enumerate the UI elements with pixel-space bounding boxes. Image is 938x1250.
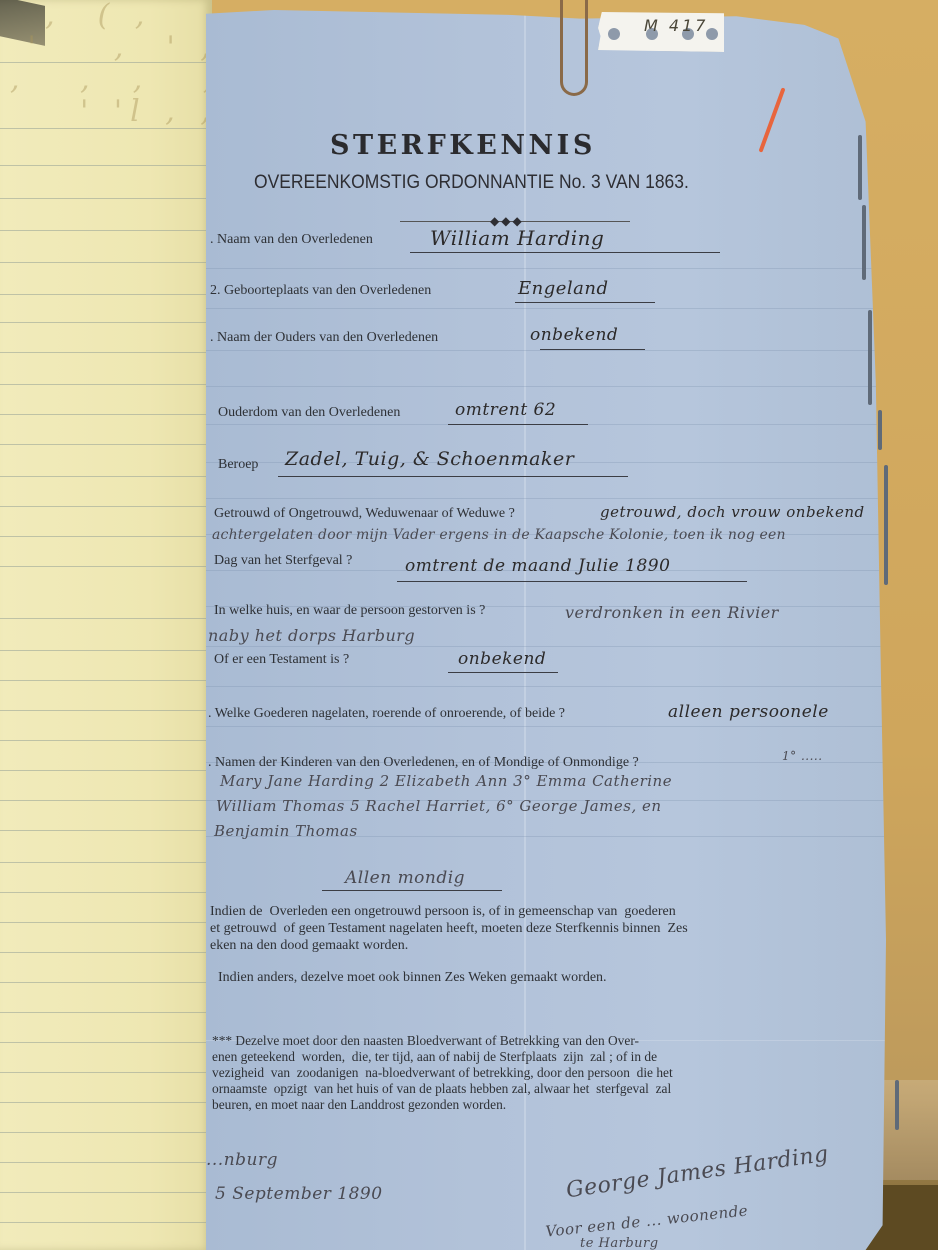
date-of-signing: 5 September 1890 xyxy=(215,1184,383,1204)
field-underline xyxy=(397,581,747,582)
field-label-children: . Namen der Kinderen van den Overledenen… xyxy=(208,755,639,771)
status-underline xyxy=(322,890,502,891)
footnote-paragraph: *⁣*⁣* Dezelve moet door den naasten Bloe… xyxy=(212,1033,673,1113)
field-value-birthplace: Engeland xyxy=(518,278,609,299)
field-value-marital-status: getrouwd, doch vrouw onbekend xyxy=(600,503,865,521)
field-value-date-of-death: omtrent de maand Julie 1890 xyxy=(405,556,670,576)
field-value-marital-status-cont: achtergelaten door mijn Vader ergens in … xyxy=(212,527,786,543)
field-label-testament: Of er een Testament is ? xyxy=(214,652,349,668)
field-label-marital-status: Getrouwd of Ongetrouwd, Weduwenaar of We… xyxy=(214,506,515,522)
sheet-edge-tab xyxy=(878,410,882,450)
ledger-faint-writing: , ( , ' , ' , , , , , ' 'l , , xyxy=(0,0,212,300)
field-underline xyxy=(515,302,655,303)
field-value-place-of-death-cont: naby het dorps Harburg xyxy=(208,626,415,645)
field-underline xyxy=(540,349,645,350)
field-value-name: William Harding xyxy=(430,226,604,250)
field-label-age: Ouderdom van den Overledenen xyxy=(218,405,400,421)
field-label-place-of-death: In welke huis, en waar de persoon gestor… xyxy=(214,603,485,619)
field-underline xyxy=(410,252,720,253)
field-label-occupation: Beroep xyxy=(218,457,258,473)
field-value-age: omtrent 62 xyxy=(455,400,556,420)
place-of-signing: ...nburg xyxy=(206,1150,278,1170)
field-label-parents: . Naam der Ouders van den Overledenen xyxy=(210,330,438,346)
sheet-edge-tab xyxy=(884,465,888,585)
document-subtitle: OVEREENKOMSTIG ORDONNANTIE No. 3 VAN 186… xyxy=(254,172,689,194)
archive-reference-number: M 417 xyxy=(644,16,708,35)
field-label-name: . Naam van den Overledenen xyxy=(210,232,373,248)
field-value-children-start: 1° ..... xyxy=(782,749,823,763)
field-underline xyxy=(448,672,558,673)
field-value-occupation: Zadel, Tuig, & Schoenmaker xyxy=(285,448,574,470)
field-underline xyxy=(278,476,628,477)
paperclip xyxy=(560,0,588,96)
child-line: Mary Jane Harding 2 Elizabeth Ann 3° Emm… xyxy=(220,772,672,790)
field-value-place-of-death: verdronken in een Rivier xyxy=(565,603,779,622)
sheet-edge-tab xyxy=(858,135,862,200)
notice-paragraph-2: Indien anders, dezelve moet ook binnen Z… xyxy=(218,969,607,986)
notice-paragraph: Indien de Overleden een ongetrouwd perso… xyxy=(210,903,688,954)
signature-note-2: te Harburg xyxy=(580,1236,659,1250)
sheet-edge-tab xyxy=(868,310,872,405)
document-title: STERFKENNIS xyxy=(330,130,596,161)
sheet-edge-tab xyxy=(862,205,866,280)
archive-label-tape: M 417 xyxy=(598,12,724,52)
field-value-parents: onbekend xyxy=(530,325,618,345)
field-label-estate: . Welke Goederen nagelaten, roerende of … xyxy=(208,706,565,722)
field-label-birthplace: 2. Geboorteplaats van den Overledenen xyxy=(210,283,431,299)
field-label-date-of-death: Dag van het Sterfgeval ? xyxy=(214,553,352,569)
children-status: Allen mondig xyxy=(345,868,465,888)
field-value-estate: alleen persoonele xyxy=(668,702,829,722)
field-underline xyxy=(448,424,588,425)
child-line: Benjamin Thomas xyxy=(214,822,358,840)
field-value-testament: onbekend xyxy=(458,649,546,669)
child-line: William Thomas 5 Rachel Harriet, 6° Geor… xyxy=(216,797,662,815)
sheet-edge-tab xyxy=(895,1080,899,1130)
ledger-left-page: , ( , ' , ' , , , , , ' 'l , , xyxy=(0,0,212,1250)
